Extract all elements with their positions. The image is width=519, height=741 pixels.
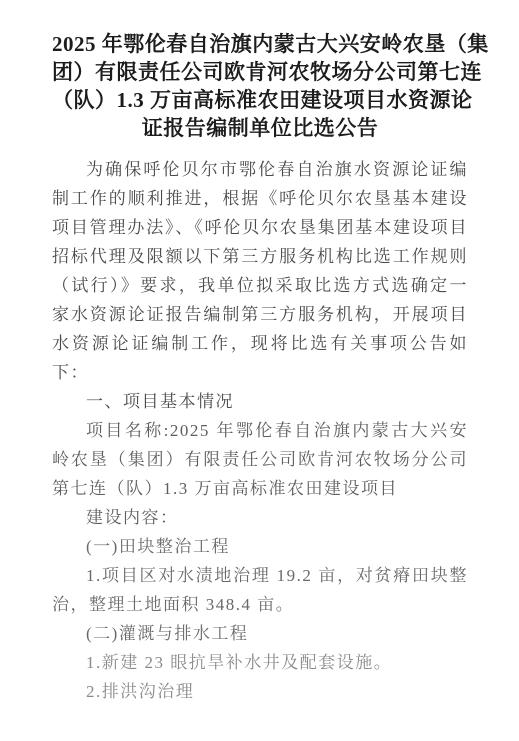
title-line-2: 团）有限责任公司欧肯河农牧场分公司第七连	[52, 58, 468, 86]
paragraph-construction-content-label: 建设内容：	[52, 503, 468, 532]
title-line-4: 证报告编制单位比选公告	[52, 114, 468, 142]
subsection-irrigation-drainage: (二)灌溉与排水工程	[52, 619, 468, 648]
title-line-3: （队）1.3 万亩高标准农田建设项目水资源论	[52, 86, 468, 114]
document-body: 为确保呼伦贝尔市鄂伦春自治旗水资源论证编制工作的顺利推进，根据《呼伦贝尔农垦基本…	[52, 155, 468, 706]
document-page: 2025 年鄂伦春自治旗内蒙古大兴安岭农垦（集 团）有限责任公司欧肯河农牧场分公…	[0, 0, 519, 741]
paragraph-field-improvement-item-1: 1.项目区对水渍地治理 19.2 亩，对贫瘠田块整治，整理土地面积 348.4 …	[52, 561, 468, 619]
paragraph-intro: 为确保呼伦贝尔市鄂伦春自治旗水资源论证编制工作的顺利推进，根据《呼伦贝尔农垦基本…	[52, 155, 468, 387]
title-line-1: 2025 年鄂伦春自治旗内蒙古大兴安岭农垦（集	[52, 30, 468, 58]
paragraph-irrigation-item-1: 1.新建 23 眼抗旱补水井及配套设施。	[52, 648, 468, 677]
paragraph-project-name: 项目名称:2025 年鄂伦春自治旗内蒙古大兴安岭农垦（集团）有限责任公司欧肯河农…	[52, 416, 468, 503]
paragraph-irrigation-item-2: 2.排洪沟治理	[52, 677, 468, 706]
subsection-field-improvement: (一)田块整治工程	[52, 532, 468, 561]
document-title: 2025 年鄂伦春自治旗内蒙古大兴安岭农垦（集 团）有限责任公司欧肯河农牧场分公…	[52, 30, 468, 142]
section-heading-project-basics: 一、项目基本情况	[52, 387, 468, 416]
